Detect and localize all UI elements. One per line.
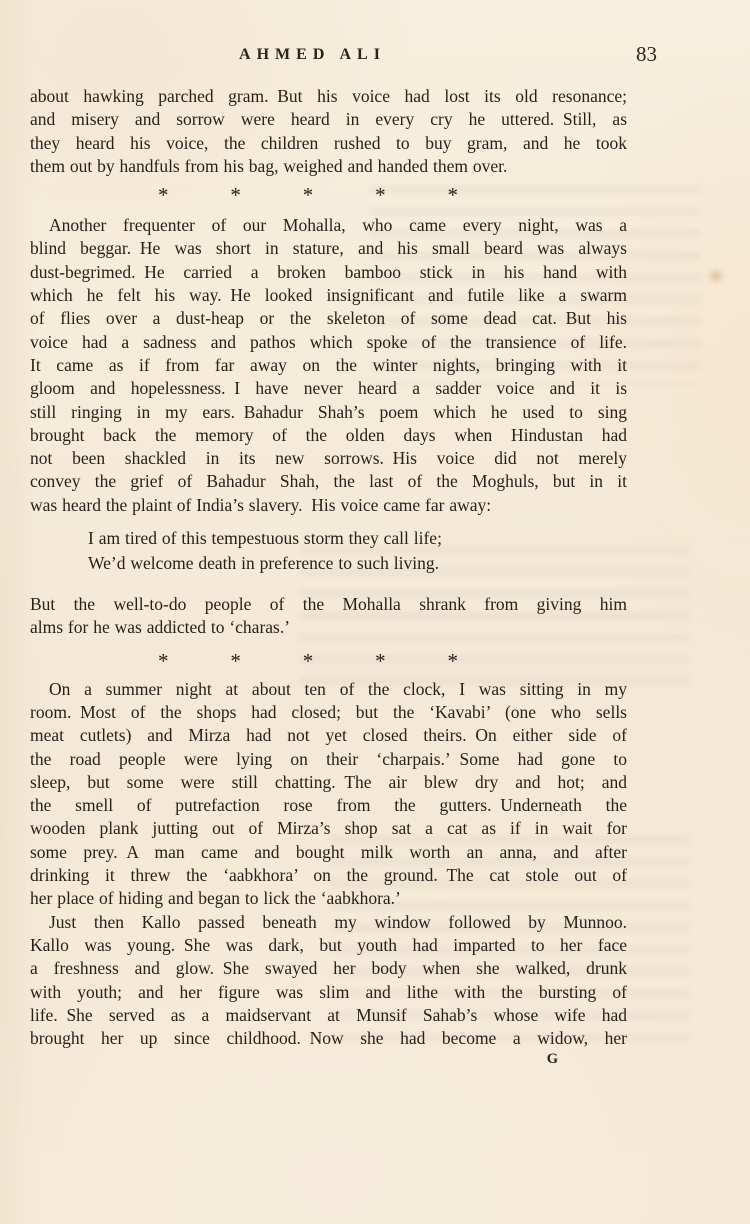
page-title: AHMED ALI — [239, 46, 386, 64]
text-line: her place of hiding and began to lick th… — [30, 887, 627, 910]
text-line: But the well-to-do people of the Mohalla… — [30, 593, 627, 616]
asterisk-glyph: * — [230, 649, 241, 673]
running-header: AHMED ALI — [30, 46, 627, 64]
text-line: with youth; and her figure was slim and … — [30, 981, 627, 1004]
text-line: the road people were lying on their ‘cha… — [30, 748, 627, 771]
text-line: dust-begrimed. He carried a broken bambo… — [30, 261, 627, 284]
text-line: about hawking parched gram. But his voic… — [30, 85, 627, 108]
page-number: 83 — [636, 42, 657, 67]
text-line: blind beggar. He was short in stature, a… — [30, 237, 627, 260]
book-page-scan: AHMED ALI 83 about hawking parched gram.… — [0, 0, 750, 1224]
text-line: them out by handfuls from his bag, weigh… — [30, 155, 627, 178]
text-line: some prey. A man came and bought milk wo… — [30, 841, 627, 864]
asterisk-section-separator: * * * * * — [158, 649, 458, 673]
asterisk-glyph: * — [158, 183, 169, 207]
text-line: which he felt his way. He looked insigni… — [30, 284, 627, 307]
paragraph: But the well-to-do people of the Mohalla… — [30, 593, 627, 640]
text-line: meat cutlets) and Mirza had not yet clos… — [30, 724, 627, 747]
asterisk-glyph: * — [448, 183, 459, 207]
text-line: life. She served as a maidservant at Mun… — [30, 1004, 627, 1027]
asterisk-glyph: * — [448, 649, 459, 673]
text-column: about hawking parched gram. But his voic… — [30, 85, 627, 1068]
text-line: alms for he was addicted to ‘charas.’ — [30, 616, 627, 639]
paragraph: Just then Kallo passed beneath my window… — [30, 911, 627, 1051]
text-line: voice had a sadness and pathos which spo… — [30, 331, 627, 354]
text-line: Just then Kallo passed beneath my window… — [30, 911, 627, 934]
text-line: still ringing in my ears. Bahadur Shah’s… — [30, 401, 627, 424]
text-line: convey the grief of Bahadur Shah, the la… — [30, 470, 627, 493]
paragraph: On a summer night at about ten of the cl… — [30, 678, 627, 911]
asterisk-glyph: * — [158, 649, 169, 673]
asterisk-glyph: * — [303, 649, 314, 673]
paragraph: Another frequenter of our Mohalla, who c… — [30, 214, 627, 517]
text-line: of flies over a dust-heap or the skeleto… — [30, 307, 627, 330]
text-line: brought back the memory of the olden day… — [30, 424, 627, 447]
text-line: On a summer night at about ten of the cl… — [30, 678, 627, 701]
verse-quote: I am tired of this tempestuous storm the… — [88, 526, 627, 576]
text-line: sleep, but some were still chatting. The… — [30, 771, 627, 794]
asterisk-glyph: * — [375, 183, 386, 207]
asterisk-glyph: * — [230, 183, 241, 207]
text-line: Kallo was young. She was dark, but youth… — [30, 934, 627, 957]
text-line: not been shackled in its new sorrows. Hi… — [30, 447, 627, 470]
text-line: brought her up since childhood. Now she … — [30, 1027, 627, 1050]
asterisk-glyph: * — [303, 183, 314, 207]
text-line: drinking it threw the ‘aabkhora’ on the … — [30, 864, 627, 887]
asterisk-section-separator: * * * * * — [158, 183, 458, 207]
text-line: Another frequenter of our Mohalla, who c… — [30, 214, 627, 237]
paragraph: about hawking parched gram. But his voic… — [30, 85, 627, 178]
asterisk-glyph: * — [375, 649, 386, 673]
text-line: room. Most of the shops had closed; but … — [30, 701, 627, 724]
text-line: was heard the plaint of India’s slavery.… — [30, 494, 627, 517]
text-line: and misery and sorrow were heard in ever… — [30, 108, 627, 131]
signature-mark: G — [30, 1051, 627, 1068]
verse-line: We’d welcome death in preference to such… — [88, 551, 627, 576]
text-line: It came as if from far away on the winte… — [30, 354, 627, 377]
text-line: the smell of putrefaction rose from the … — [30, 794, 627, 817]
text-line: a freshness and glow. She swayed her bod… — [30, 957, 627, 980]
text-line: gloom and hopelessness. I have never hea… — [30, 377, 627, 400]
text-line: wooden plank jutting out of Mirza’s shop… — [30, 817, 627, 840]
text-line: they heard his voice, the children rushe… — [30, 132, 627, 155]
verse-line: I am tired of this tempestuous storm the… — [88, 526, 627, 551]
